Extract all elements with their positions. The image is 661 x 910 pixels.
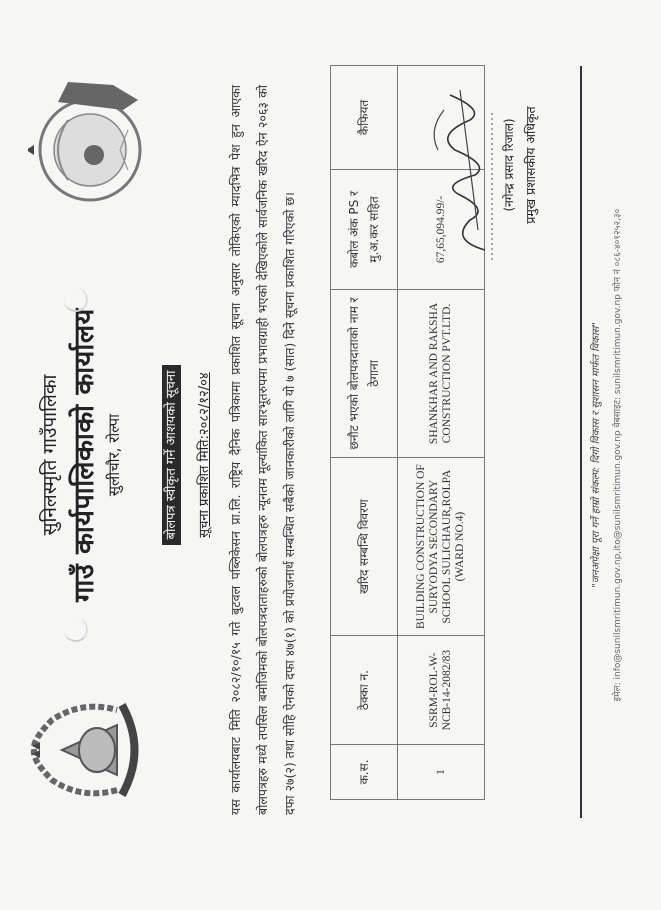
punch-hole-mark: [64, 618, 88, 642]
cell-serial-no: 1: [398, 744, 485, 799]
table-header-row: क.स. ठेक्का न. खरिद सम्बन्धि विवरण छनौट …: [331, 66, 398, 800]
notice-title-text: बोलपत्र स्वीकृत गर्ने आशयको सूचना: [162, 365, 181, 546]
signatory-name: (नगेन्द्र प्रसाद रिजाल): [500, 70, 517, 260]
cell-description: BUILDING CONSTRUCTION OF SURYODYA SECOND…: [398, 457, 485, 635]
office-location: सुलीचौर, रोल्पा: [104, 0, 124, 910]
header-bidder: छनौट भएको बोलपत्रदाताको नाम र ठेगाना: [331, 290, 398, 458]
scanned-notice-page: सुनिलस्मृति गाउँपालिका गाउँ कार्यपालिकाक…: [0, 0, 661, 910]
header-serial-no: क.स.: [331, 744, 398, 799]
notice-body: यस कार्यालयबाट मिति २०८२/१०/१५ गते बुटवल…: [222, 85, 303, 815]
header-amount: कबोल अंक PS र मु.अ.कर सहित: [331, 169, 398, 289]
signatory-designation: प्रमुख प्रशासकीय अधिकृत: [522, 70, 539, 260]
cell-bidder: SHANKHAR AND RAKSHA CONSTRUCTION PVT.LTD…: [398, 290, 485, 458]
footer-divider: [580, 66, 582, 818]
header-contract-no: ठेक्का न.: [331, 636, 398, 745]
header-description: खरिद सम्बन्धि विवरण: [331, 457, 398, 635]
publication-date: सूचना प्रकाशित मिति:२०८२/१२/०४: [194, 0, 212, 910]
footer-slogan: "जनअपेक्षा पूरा गर्ने हाम्रो संकल्प: दिग…: [588, 0, 602, 910]
footer-contact: इमेल: info@sunilsmritimun.gov.np,ito@sun…: [610, 0, 623, 910]
punch-hole-mark: [64, 288, 88, 312]
handwritten-signature: [430, 70, 500, 270]
municipality-name: सुनिलस्मृति गाउँपालिका: [36, 0, 62, 910]
notice-title: बोलपत्र स्वीकृत गर्ने आशयको सूचना: [160, 0, 179, 910]
office-name: गाउँ कार्यपालिकाको कार्यालय: [64, 0, 101, 910]
cell-contract-no: SSRM-ROL-W-NCB-14-2082/83: [398, 636, 485, 745]
header-remarks: कैफियत: [331, 66, 398, 170]
